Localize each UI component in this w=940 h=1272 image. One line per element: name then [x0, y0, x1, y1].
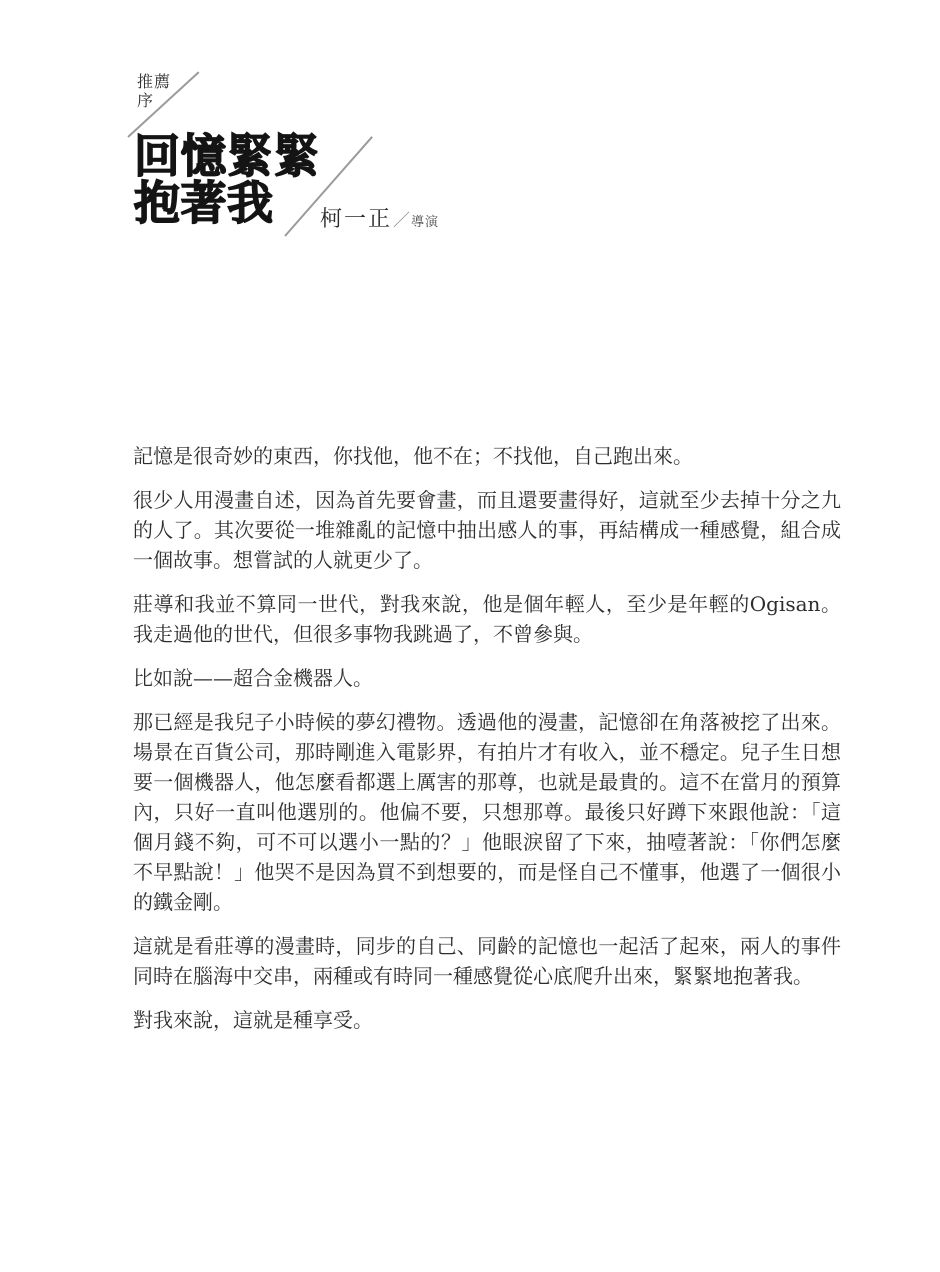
preface-body: 記憶是很奇妙的東西，你找他，他不在；不找他，自己跑出來。 很少人用漫畫自述，因為…: [133, 441, 841, 1035]
section-label: 推薦 序: [137, 72, 171, 110]
paragraph: 莊導和我並不算同一世代，對我來說，他是個年輕人，至少是年輕的Ogisan。我走過…: [133, 589, 841, 649]
paragraph: 比如說——超合金機器人。: [133, 663, 841, 693]
paragraph: 這就是看莊導的漫畫時，同步的自己、同齡的記憶也一起活了起來，兩人的事件同時在腦海…: [133, 931, 841, 991]
section-label-line1: 推薦: [137, 72, 171, 91]
author-role: 導演: [411, 215, 439, 230]
paragraph: 對我來說，這就是種享受。: [133, 1005, 841, 1035]
paragraph: 記憶是很奇妙的東西，你找他，他不在；不找他，自己跑出來。: [133, 441, 841, 471]
paragraph: 那已經是我兒子小時候的夢幻禮物。透過他的漫畫，記憶卻在角落被挖了出來。場景在百貨…: [133, 707, 841, 917]
page-title-line1: 回憶緊緊: [134, 133, 320, 180]
page-title-line2: 抱著我: [134, 180, 320, 227]
author-name: 柯一正: [320, 207, 392, 232]
book-page: 推薦 序 回憶緊緊 抱著我 柯一正／導演 記憶是很奇妙的東西，你找他，他不在；不…: [0, 0, 940, 1272]
byline: 柯一正／導演: [320, 202, 439, 233]
byline-slash-separator: ／: [393, 211, 410, 231]
paragraph: 很少人用漫畫自述，因為首先要會畫，而且還要畫得好，這就至少去掉十分之九的人了。其…: [133, 485, 841, 575]
page-title: 回憶緊緊 抱著我: [134, 133, 320, 227]
